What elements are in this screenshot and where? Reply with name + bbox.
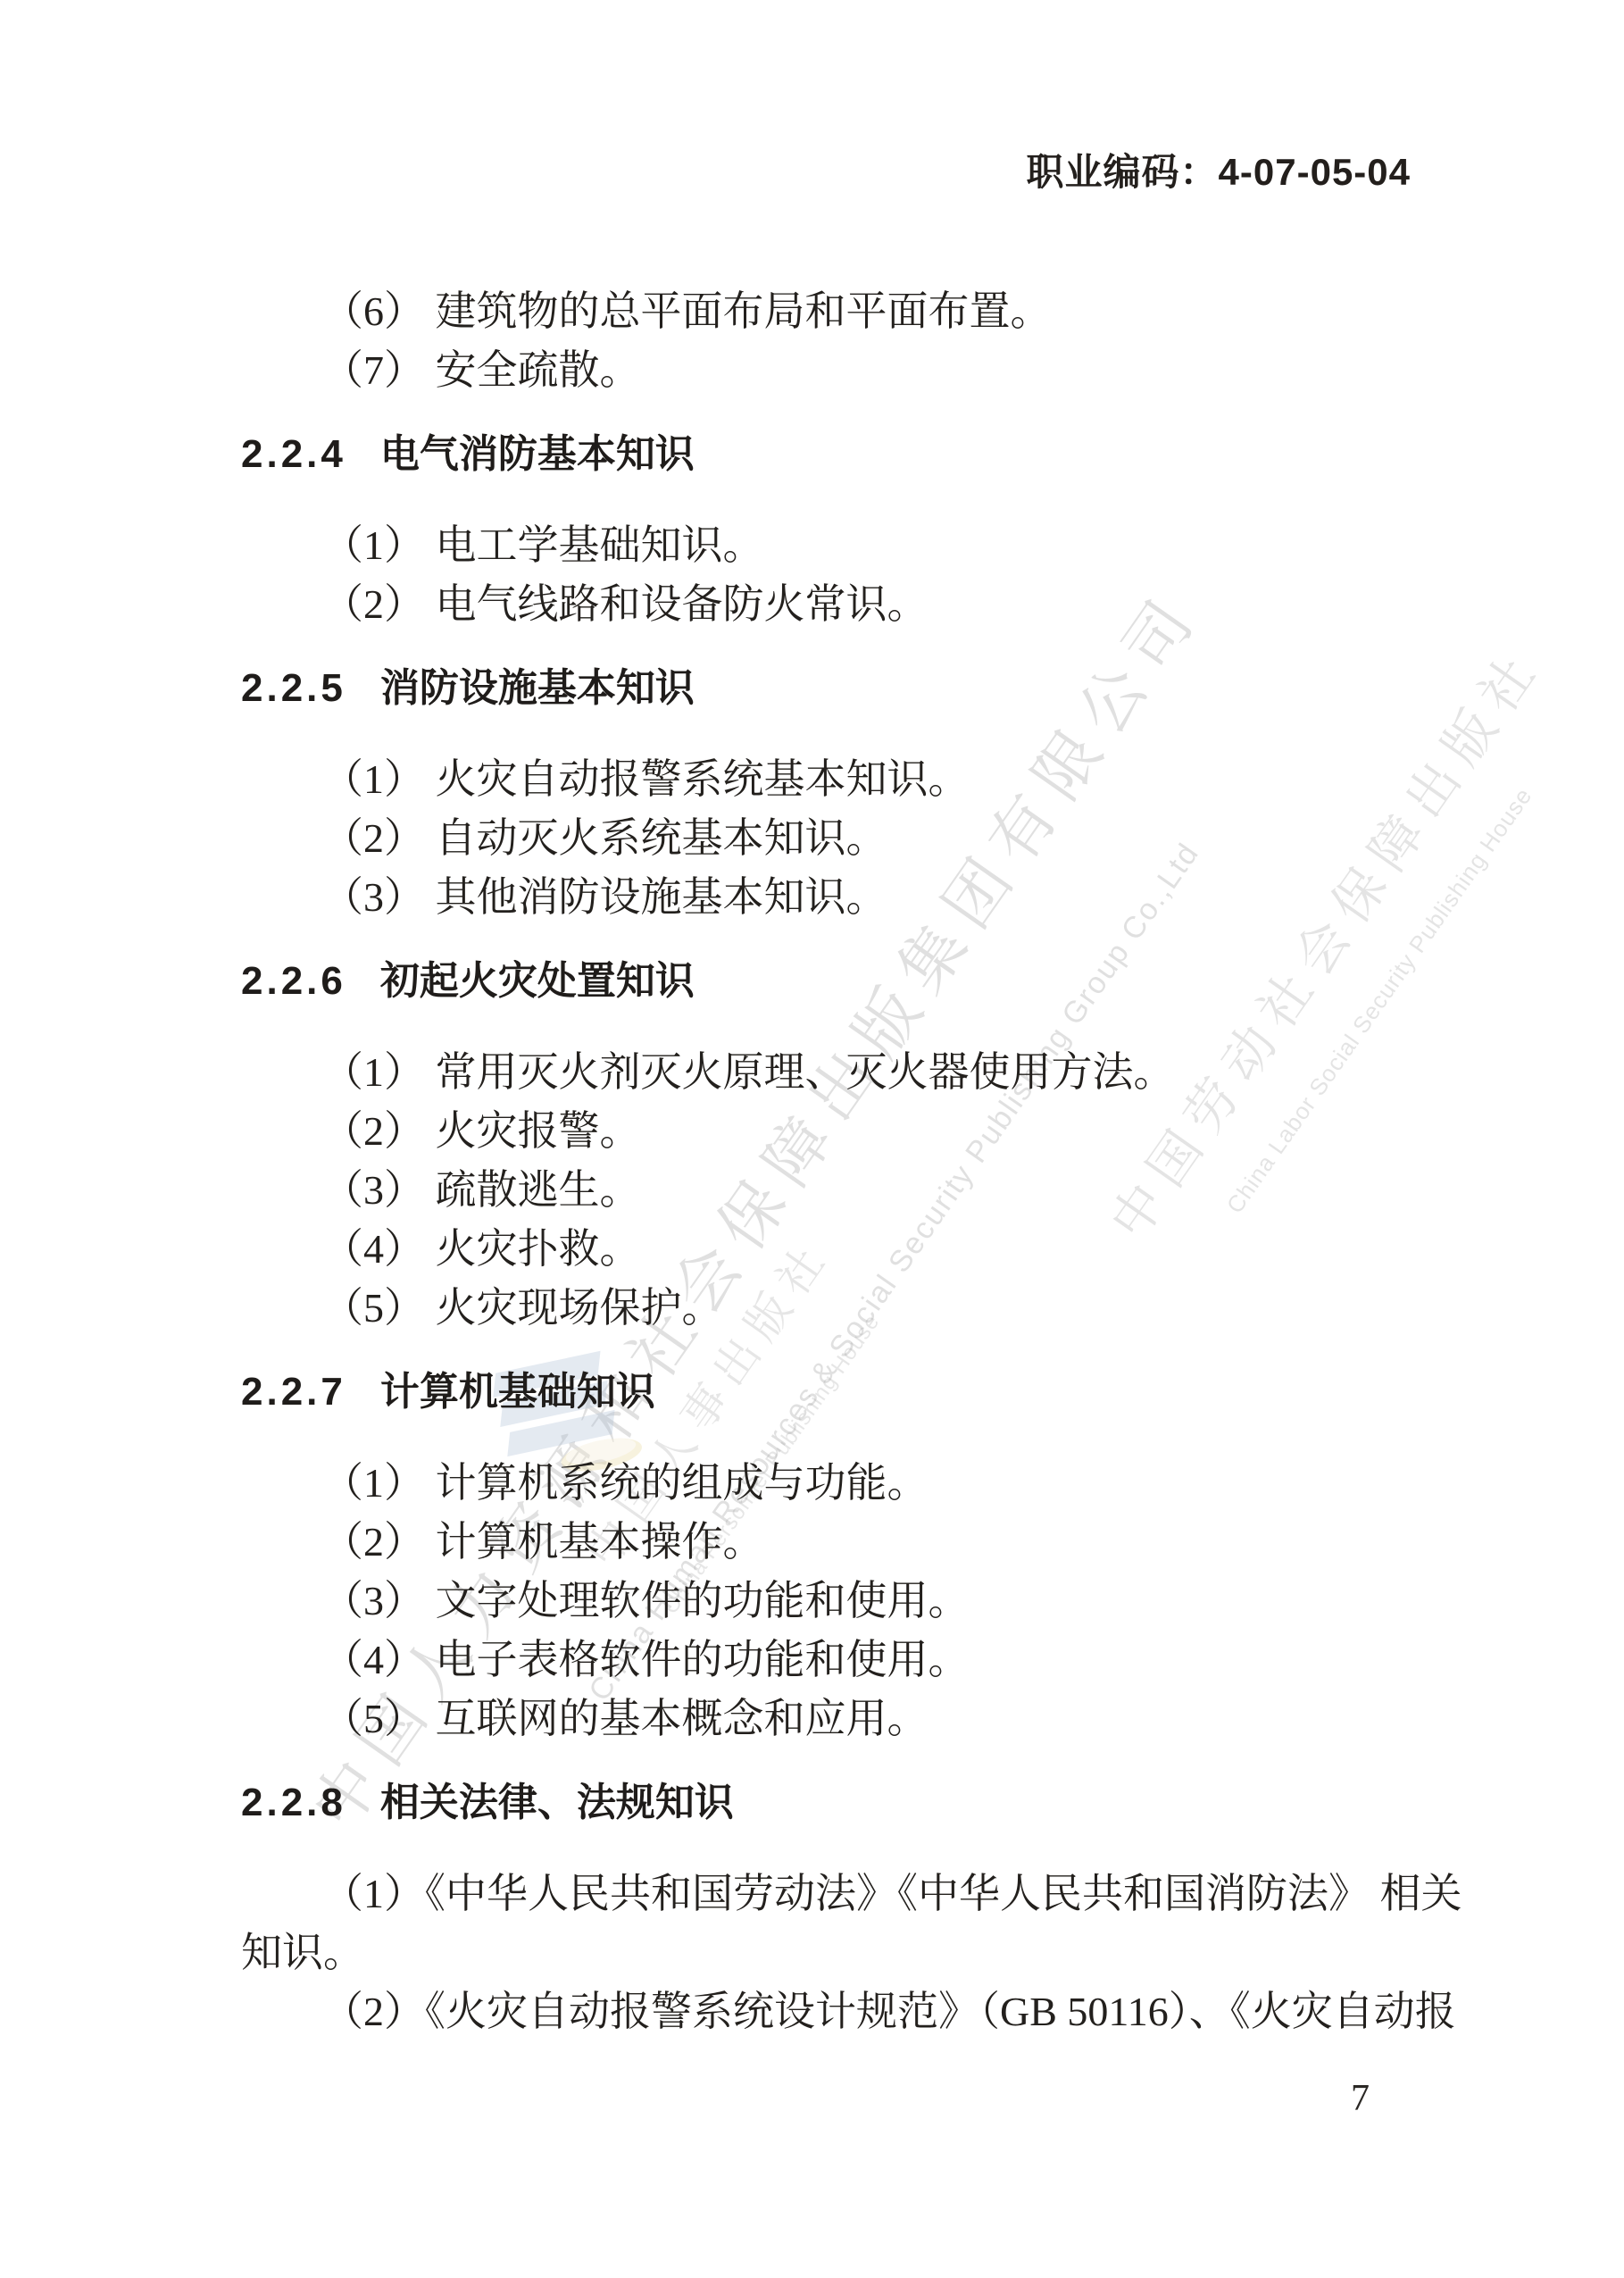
body-line: （6） 建筑物的总平面布局和平面布置。 — [241, 282, 1420, 341]
body-line: （2） 计算机基本操作。 — [241, 1513, 1420, 1572]
body-line: （2） 自动灭火系统基本知识。 — [241, 809, 1420, 868]
section-heading: 2.2.7计算机基础知识 — [241, 1363, 1420, 1422]
section-heading: 2.2.8相关法律、法规知识 — [241, 1773, 1420, 1832]
body-line: （2） 火灾报警。 — [241, 1102, 1420, 1161]
section-heading: 2.2.5消防设施基本知识 — [241, 659, 1420, 718]
body-line: （3） 文字处理软件的功能和使用。 — [241, 1572, 1420, 1631]
section-heading-title: 相关法律、法规知识 — [380, 1781, 734, 1824]
document-page: 中国人力资源和社会保障出版集团有限公司 China Human Resource… — [0, 0, 1624, 2278]
section-heading-title: 计算机基础知识 — [380, 1370, 655, 1414]
section-heading-number: 2.2.7 — [241, 1370, 346, 1414]
body-line: （2） 电气线路和设备防火常识。 — [241, 575, 1420, 634]
section-heading-number: 2.2.6 — [241, 959, 346, 1003]
section-heading-title: 初起火灾处置知识 — [380, 959, 695, 1003]
body-line: （5） 互联网的基本概念和应用。 — [241, 1690, 1420, 1748]
body-line: 知识。 — [241, 1923, 1420, 1982]
section-heading-title: 电气消防基本知识 — [380, 432, 695, 476]
section-heading: 2.2.6初起火灾处置知识 — [241, 952, 1420, 1011]
header-occupation-code: 职业编码：4-07-05-04 — [1027, 143, 1411, 196]
body-line: （3） 疏散逃生。 — [241, 1161, 1420, 1220]
body-line: （1） 计算机系统的组成与功能。 — [241, 1454, 1420, 1513]
page-number: 7 — [1351, 2077, 1370, 2120]
body-line: （1） 火灾自动报警系统基本知识。 — [241, 750, 1420, 809]
body-line: （7） 安全疏散。 — [241, 341, 1420, 400]
section-heading-number: 2.2.5 — [241, 666, 346, 710]
section-heading: 2.2.4电气消防基本知识 — [241, 425, 1420, 484]
section-heading-title: 消防设施基本知识 — [380, 666, 695, 710]
section-heading-number: 2.2.4 — [241, 432, 346, 476]
content-blocks: （6） 建筑物的总平面布局和平面布置。（7） 安全疏散。2.2.4电气消防基本知… — [241, 282, 1420, 2041]
body-line: （1） 常用灭火剂灭火原理、灭火器使用方法。 — [241, 1043, 1420, 1102]
body-line: （4） 火灾扑救。 — [241, 1220, 1420, 1279]
body-line: （1）《中华人民共和国劳动法》《中华人民共和国消防法》 相关 — [241, 1865, 1420, 1923]
body-line: （1） 电工学基础知识。 — [241, 516, 1420, 575]
body-line: （4） 电子表格软件的功能和使用。 — [241, 1631, 1420, 1690]
body-line: （5） 火灾现场保护。 — [241, 1279, 1420, 1338]
section-heading-number: 2.2.8 — [241, 1781, 346, 1824]
body-line: （2）《火灾自动报警系统设计规范》（GB 50116）、《火灾自动报 — [241, 1982, 1420, 2041]
body-line: （3） 其他消防设施基本知识。 — [241, 868, 1420, 927]
